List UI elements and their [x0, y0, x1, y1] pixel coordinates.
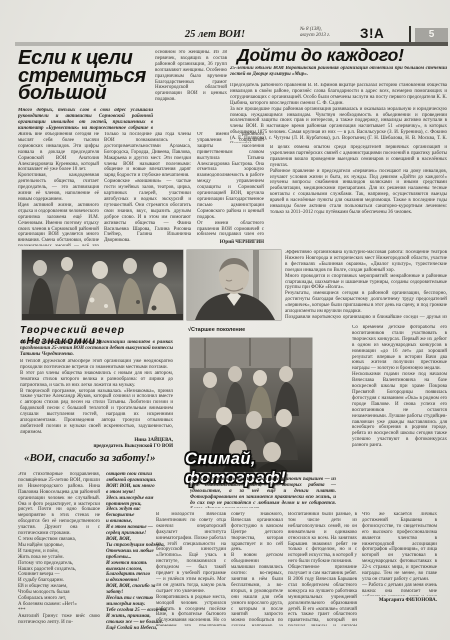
- neznakomka-signature-role: председатель Выксунской ГО ВОИ: [20, 444, 173, 450]
- page-number: 5: [415, 28, 448, 42]
- vorotynets-lead: 25-летний юбилей ВОИ Воротынская районна…: [230, 66, 447, 81]
- photographer-column-right: Со временем детские фотоработы его воспи…: [352, 325, 447, 505]
- sormovo-column-3: От имени районного управления социальной…: [197, 132, 264, 238]
- headline-doyti-do-kazhdogo: Дойти до каждого!: [237, 45, 448, 66]
- neznakomka-body: В тёплой дружеской атмосфере этой органи…: [20, 359, 173, 436]
- photographer-column-a: В молодости Вячеслав Валентинович по сов…: [156, 512, 226, 626]
- issue-date: август 2013 г.: [300, 33, 355, 39]
- thanks-column-1: Эти стихотворные поздравления, посвящённ…: [18, 472, 100, 630]
- photographer-column-c: Воспитанники были разные, в том числе де…: [288, 512, 357, 626]
- photo-caption-older-generation: √Старшее поколение: [188, 327, 308, 333]
- sormovo-column-1: Жизнь вне объединения сегодня не мыслят …: [18, 132, 99, 246]
- sormovo-lead: Много добрых, теплых слов в свой адрес у…: [18, 108, 153, 130]
- masthead-divider: [409, 26, 411, 43]
- issue-info: № 8 (138), август 2013 г.: [300, 27, 355, 39]
- sormovo-minicolumn: основном это женщины. Из 38 первичек, вх…: [155, 50, 227, 106]
- vorotynets-body-bottom: Эффективно организована культурно-массов…: [285, 250, 447, 319]
- newspaper-logo: З!А: [360, 26, 406, 41]
- edition-note: 25 лет ВОИ!: [150, 29, 280, 40]
- headline-voi-spasibo: «ВОИ, спасибо за заботу!»: [24, 452, 174, 464]
- headline-esli-k-celi: Если к цели стремиться большой: [18, 50, 154, 106]
- photographer-lead: Пенсионер, павловчанин Вячеслав Валентин…: [190, 477, 336, 508]
- portrait-photo: [187, 250, 281, 320]
- newspaper-page: 25 лет ВОИ! № 8 (138), август 2013 г. З!…: [0, 0, 450, 640]
- neznakomka-signature: Нина ЗАЙЦЕВА, председатель Выксунской ГО…: [20, 438, 173, 450]
- sormovo-signature: Юрий ЧЕРНИГИН: [197, 240, 264, 246]
- vorotynets-body-top: Председатель районного правления В. И. Е…: [230, 83, 447, 143]
- sormovo-column-2: Только за последние два года члены ВОИ п…: [104, 132, 191, 246]
- photographer-column-b: совету знакомого, Вячеслав организовал ф…: [231, 512, 283, 626]
- photographer-column-d: Что же касается личных достижений Барыше…: [362, 512, 437, 596]
- photographer-signature: Маргарита ФИЛОНОВА.: [362, 598, 437, 604]
- neznakomka-lead: На днях в помещении районной организации…: [20, 340, 173, 357]
- audience-photo: [22, 250, 183, 320]
- vorotynets-body-middle: В целях обмена опытом среди председателе…: [270, 145, 447, 247]
